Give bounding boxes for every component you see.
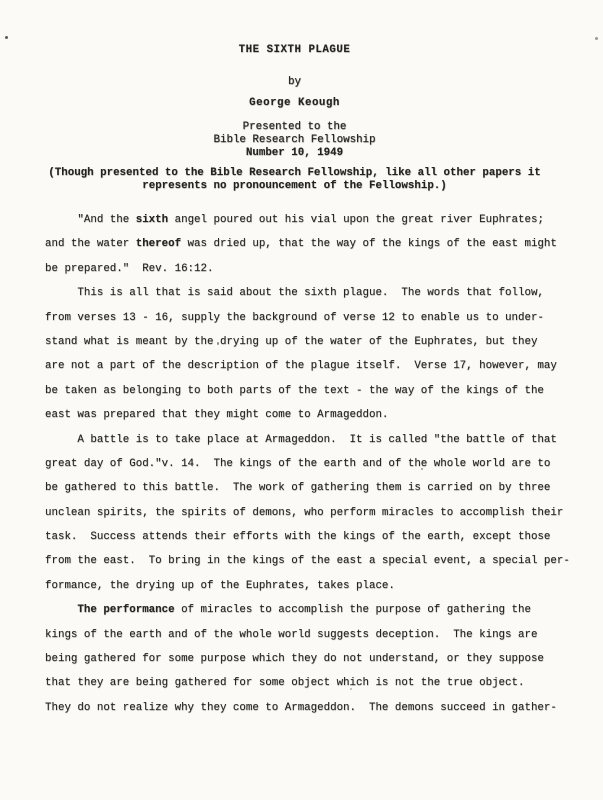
- document-title: THE SIXTH PLAGUE: [0, 44, 596, 56]
- text-line: "And the sixth angel poured out his vial…: [45, 208, 575, 232]
- text-line: formance, the drying up of the Euphrates…: [45, 574, 575, 598]
- text-line: stand what is meant by the drying up of …: [45, 330, 575, 354]
- text-line: and the water thereof was dried up, that…: [45, 232, 575, 256]
- text-line: task. Success attends their efforts with…: [45, 525, 575, 549]
- text-line: great day of God."v. 14. The kings of th…: [45, 452, 575, 476]
- disclaimer-line-1: (Though presented to the Bible Research …: [0, 167, 596, 179]
- paragraph: "And the sixth angel poured out his vial…: [45, 208, 575, 281]
- paper-number-line: Number 10, 1949: [0, 147, 596, 159]
- fellowship-line: Bible Research Fellowship: [0, 134, 596, 146]
- text-line: that they are being gathered for some ob…: [45, 671, 575, 695]
- text-line: from verses 13 - 16, supply the backgrou…: [45, 306, 575, 330]
- disclaimer-line-2: represents no pronouncement of the Fello…: [0, 180, 596, 192]
- scan-speck: [595, 37, 598, 40]
- text-line: from the east. To bring in the kings of …: [45, 549, 575, 573]
- text-line: kings of the earth and of the whole worl…: [45, 623, 575, 647]
- author-name: George Keough: [0, 97, 596, 109]
- scan-speck: [350, 688, 352, 690]
- paragraph: The performance of miracles to accomplis…: [45, 598, 575, 720]
- paragraph: A battle is to take place at Armageddon.…: [45, 428, 575, 599]
- text-line: east was prepared that they might come t…: [45, 403, 575, 427]
- presented-to-line: Presented to the: [0, 121, 596, 133]
- text-line: be taken as belonging to both parts of t…: [45, 379, 575, 403]
- scanned-document-page: THE SIXTH PLAGUE by George Keough Presen…: [0, 0, 603, 800]
- text-line: unclean spirits, the spirits of demons, …: [45, 501, 575, 525]
- text-line: being gathered for some purpose which th…: [45, 647, 575, 671]
- text-line: be gathered to this battle. The work of …: [45, 476, 575, 500]
- text-line: They do not realize why they come to Arm…: [45, 696, 575, 720]
- scan-speck: [5, 36, 8, 39]
- text-line: The performance of miracles to accomplis…: [45, 598, 575, 622]
- text-line: This is all that is said about the sixth…: [45, 281, 575, 305]
- scan-speck: [421, 468, 423, 470]
- paragraph: This is all that is said about the sixth…: [45, 281, 575, 427]
- text-line: are not a part of the description of the…: [45, 354, 575, 378]
- scan-speck: [217, 342, 219, 345]
- text-line: A battle is to take place at Armageddon.…: [45, 428, 575, 452]
- byline: by: [0, 76, 596, 88]
- document-body: "And the sixth angel poured out his vial…: [45, 208, 575, 720]
- text-line: be prepared." Rev. 16:12.: [45, 257, 575, 281]
